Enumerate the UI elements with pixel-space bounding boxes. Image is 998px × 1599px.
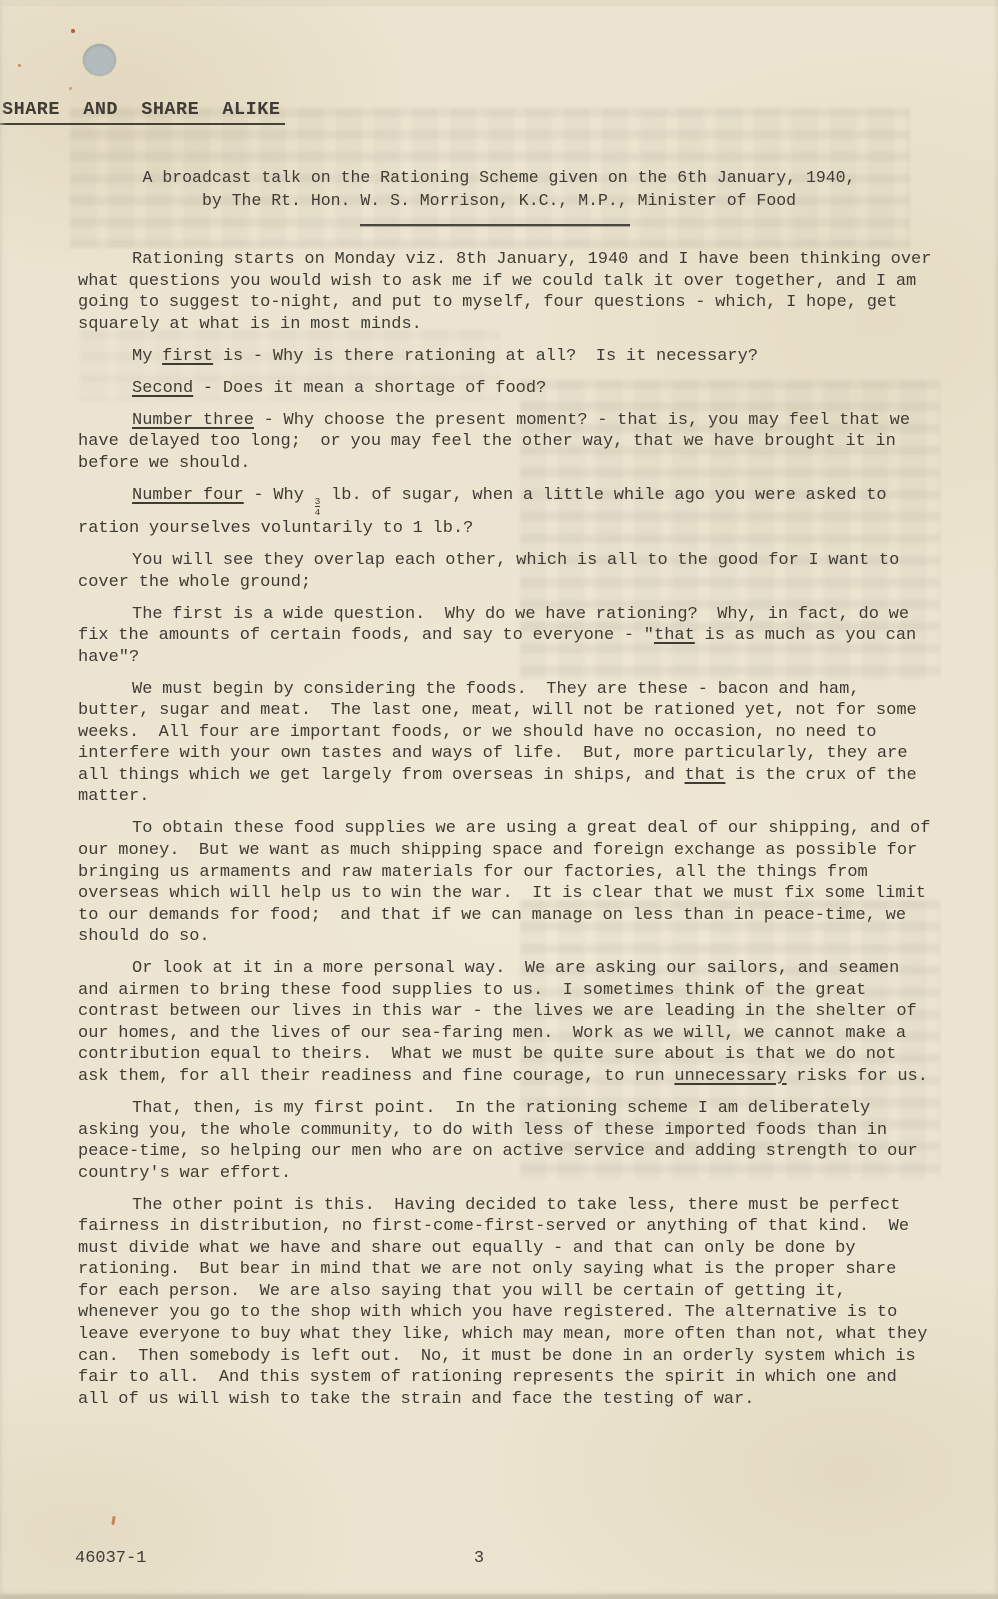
underlined-text: first bbox=[162, 347, 213, 366]
typed-text: The other point is this. Having decided … bbox=[78, 1196, 937, 1409]
paragraph: Rationing starts on Monday viz. 8th Janu… bbox=[78, 249, 935, 335]
underlined-text: that bbox=[654, 626, 695, 645]
typed-text: - Why bbox=[244, 486, 314, 505]
typed-text: Rationing starts on Monday viz. 8th Janu… bbox=[78, 250, 941, 334]
paragraph: Number four - Why 34 lb. of sugar, when … bbox=[78, 485, 935, 540]
underlined-text: Number three bbox=[132, 411, 254, 430]
paragraph: My first is - Why is there rationing at … bbox=[78, 346, 935, 368]
paragraph: We must begin by considering the foods. … bbox=[78, 679, 935, 808]
paragraph: Second - Does it mean a shortage of food… bbox=[78, 378, 935, 400]
punch-hole-mark bbox=[83, 44, 116, 76]
typed-text: You will see they overlap each other, wh… bbox=[78, 551, 909, 592]
document-body: Rationing starts on Monday viz. 8th Janu… bbox=[78, 249, 935, 1421]
underlined-text: that bbox=[685, 766, 726, 785]
paragraph: Or look at it in a more personal way. We… bbox=[78, 958, 935, 1087]
page-title-text: SHARE AND SHARE ALIKE bbox=[0, 99, 285, 125]
rust-speck bbox=[18, 64, 21, 67]
typed-text: is - Why is there rationing at all? Is i… bbox=[213, 347, 758, 366]
footer-page-number: 3 bbox=[0, 1549, 958, 1568]
typed-text: That, then, is my first point. In the ra… bbox=[78, 1099, 927, 1183]
rust-speck bbox=[111, 1516, 115, 1525]
typed-text: - Does it mean a shortage of food? bbox=[193, 379, 546, 398]
document-page: { "document": { "title": "SHARE AND SHAR… bbox=[0, 0, 998, 1599]
paragraph: The first is a wide question. Why do we … bbox=[78, 604, 935, 669]
underlined-text: Number four bbox=[132, 486, 244, 505]
subtitle-line-2: by The Rt. Hon. W. S. Morrison, K.C., M.… bbox=[0, 189, 998, 212]
typed-text: risks for us. bbox=[787, 1067, 928, 1086]
typed-text: My bbox=[132, 347, 162, 366]
typed-text: To obtain these food supplies we are usi… bbox=[78, 819, 940, 946]
paragraph: Number three - Why choose the present mo… bbox=[78, 410, 935, 475]
paragraph: That, then, is my first point. In the ra… bbox=[78, 1098, 935, 1184]
paragraph: To obtain these food supplies we are usi… bbox=[78, 818, 935, 947]
rust-speck bbox=[69, 87, 72, 90]
fraction-three-quarters: 34 bbox=[315, 497, 321, 518]
paragraph: The other point is this. Having decided … bbox=[78, 1195, 935, 1410]
paragraph: You will see they overlap each other, wh… bbox=[78, 550, 935, 593]
title-divider-rule bbox=[360, 224, 630, 226]
subtitle: A broadcast talk on the Rationing Scheme… bbox=[0, 166, 998, 212]
underlined-text: unnecessary bbox=[674, 1067, 786, 1086]
page-title: SHARE AND SHARE ALIKE bbox=[0, 99, 998, 125]
subtitle-line-1: A broadcast talk on the Rationing Scheme… bbox=[0, 166, 998, 189]
underlined-text: Second bbox=[132, 379, 193, 398]
rust-speck bbox=[71, 29, 75, 33]
